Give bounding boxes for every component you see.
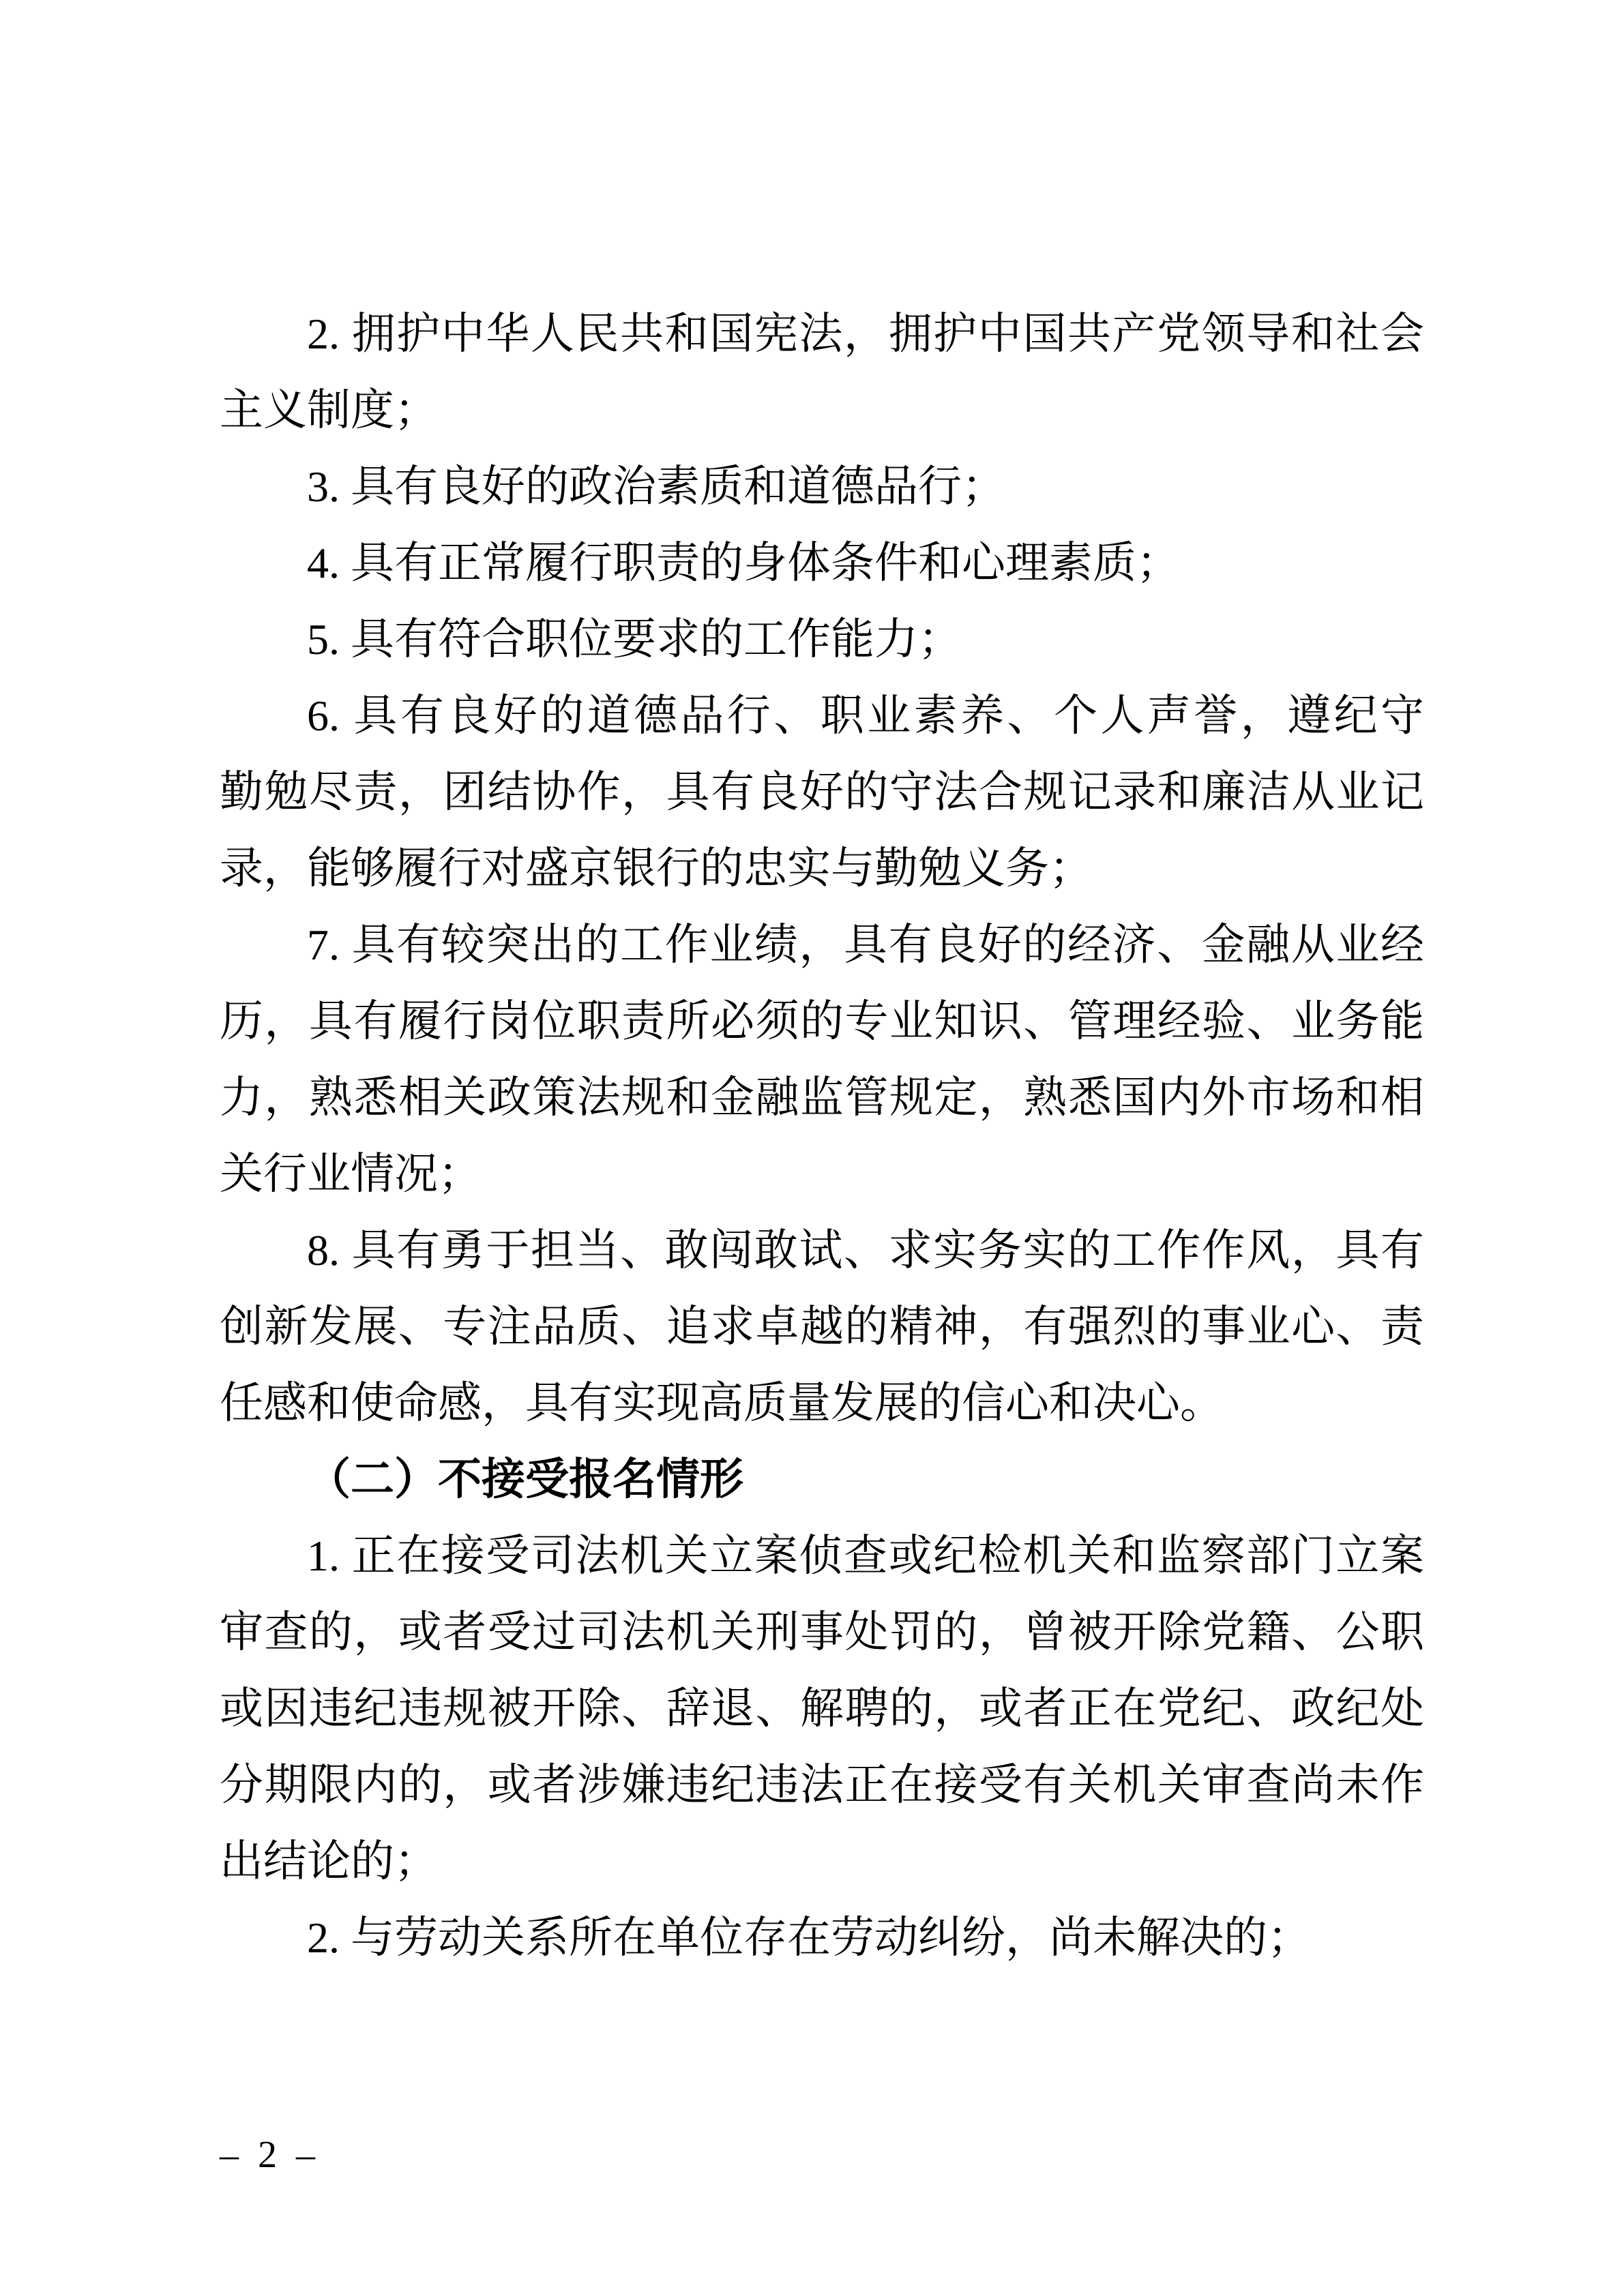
page-number: – 2 –: [220, 2130, 320, 2179]
text-line: 审查的，或者受过司法机关刑事处罚的，曾被开除党籍、公职: [220, 1594, 1424, 1671]
text-line: 录，能够履行对盛京银行的忠实与勤勉义务；: [220, 831, 1424, 907]
text-line: 出结论的；: [220, 1823, 1424, 1900]
document-page: 2. 拥护中华人民共和国宪法，拥护中国共产党领导和社会主义制度；3. 具有良好的…: [0, 0, 1624, 2296]
text-line: 勤勉尽责，团结协作，具有良好的守法合规记录和廉洁从业记: [220, 754, 1424, 831]
text-line: 2. 与劳动关系所在单位存在劳动纠纷，尚未解决的；: [220, 1900, 1424, 1976]
text-line: 主义制度；: [220, 372, 1424, 449]
text-line: 4. 具有正常履行职责的身体条件和心理素质；: [220, 525, 1424, 601]
text-line: 历，具有履行岗位职责所必须的专业知识、管理经验、业务能: [220, 983, 1424, 1060]
text-line: （二）不接受报名情形: [220, 1442, 1424, 1518]
text-line: 3. 具有良好的政治素质和道德品行；: [220, 449, 1424, 525]
text-line: 2. 拥护中华人民共和国宪法，拥护中国共产党领导和社会: [220, 296, 1424, 372]
document-body: 2. 拥护中华人民共和国宪法，拥护中国共产党领导和社会主义制度；3. 具有良好的…: [220, 296, 1424, 1976]
text-line: 1. 正在接受司法机关立案侦查或纪检机关和监察部门立案: [220, 1518, 1424, 1594]
text-line: 关行业情况；: [220, 1136, 1424, 1212]
text-line: 8. 具有勇于担当、敢闯敢试、求实务实的工作作风，具有: [220, 1212, 1424, 1289]
text-line: 6. 具有良好的道德品行、职业素养、个人声誉，遵纪守法，: [220, 678, 1424, 754]
text-line: 7. 具有较突出的工作业绩，具有良好的经济、金融从业经: [220, 907, 1424, 983]
text-line: 任感和使命感，具有实现高质量发展的信心和决心。: [220, 1365, 1424, 1442]
text-line: 力，熟悉相关政策法规和金融监管规定，熟悉国内外市场和相: [220, 1060, 1424, 1136]
text-line: 或因违纪违规被开除、辞退、解聘的，或者正在党纪、政纪处: [220, 1671, 1424, 1747]
text-line: 分期限内的，或者涉嫌违纪违法正在接受有关机关审查尚未作: [220, 1747, 1424, 1823]
text-line: 创新发展、专注品质、追求卓越的精神，有强烈的事业心、责: [220, 1289, 1424, 1365]
text-line: 5. 具有符合职位要求的工作能力；: [220, 601, 1424, 678]
